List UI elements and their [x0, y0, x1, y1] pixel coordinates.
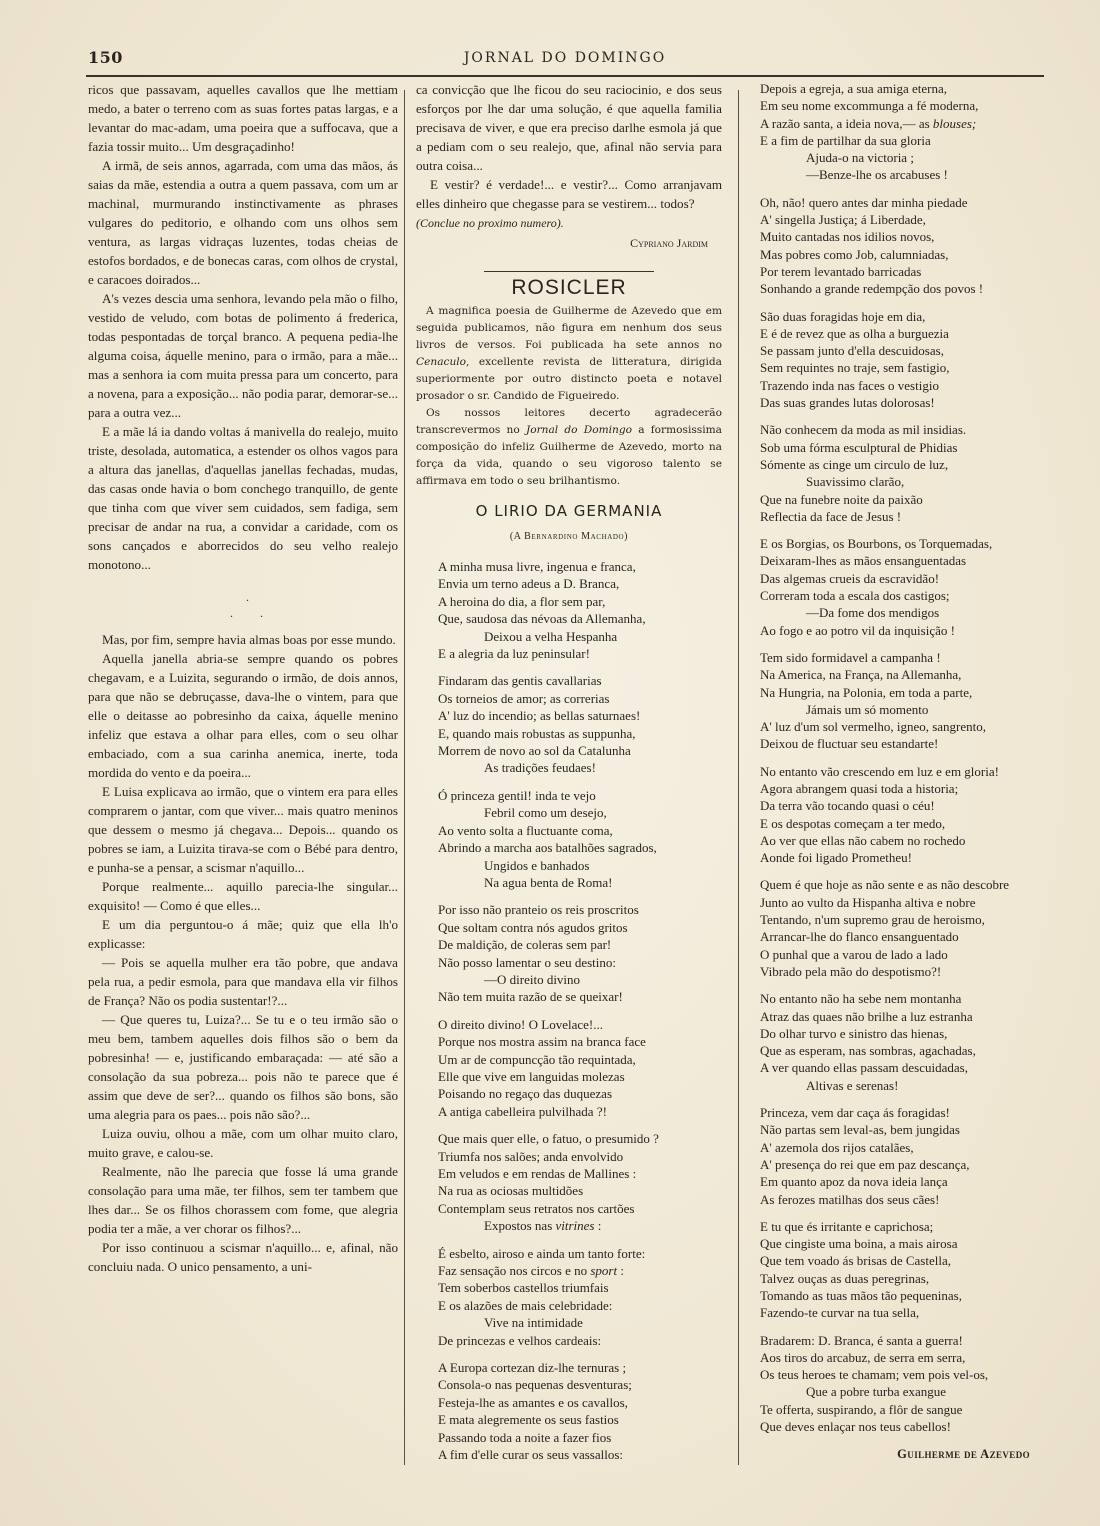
column-right: Depois a egreja, a sua amiga eterna,Em s…: [760, 80, 1050, 1464]
poem-stanza: É esbelto, airoso e ainda um tanto forte…: [416, 1245, 722, 1349]
story-paragraph: E um dia perguntou-o á mãe; quiz que ell…: [88, 915, 398, 953]
poem-line: Ao ver que ellas não cabem no rochedo: [760, 832, 1050, 849]
poem-line: Deixaram-lhes as mãos ensanguentadas: [760, 552, 1050, 569]
story-paragraph: A's vezes descia uma senhora, levando pe…: [88, 289, 398, 422]
poem-title: O LIRIO DA GERMANIA: [416, 502, 722, 521]
poem-line: As ferozes matilhas dos seus cães!: [760, 1191, 1050, 1208]
column-middle: ca convicção que lhe ficou do seu racioc…: [416, 80, 722, 1474]
poem-line: A ver quando ellas passam descuidadas,: [760, 1059, 1050, 1076]
poem-line: Deixou a velha Hespanha: [438, 628, 722, 645]
poem-stanza: Depois a egreja, a sua amiga eterna,Em s…: [760, 80, 1050, 184]
poem-line: Das suas grandes lutas dolorosas!: [760, 394, 1050, 411]
poem-line: Aos tiros do arcabuz, de serra em serra,: [760, 1349, 1050, 1366]
poem-stanzas-right: Depois a egreja, a sua amiga eterna,Em s…: [760, 80, 1050, 1435]
poem-line: Festeja-lhe as amantes e os cavallos,: [438, 1394, 722, 1411]
header-rule: [86, 75, 1044, 77]
poem-line: Oh, não! quero antes dar minha piedade: [760, 194, 1050, 211]
poem-line: Sonhando a grande redempção dos povos !: [760, 280, 1050, 297]
poem-stanza: Não conhecem da moda as mil insidias.Sob…: [760, 421, 1050, 525]
poem-line: Bradarem: D. Branca, é santa a guerra!: [760, 1332, 1050, 1349]
poem-line: Depois a egreja, a sua amiga eterna,: [760, 80, 1050, 97]
poem-stanza: Que mais quer elle, o fatuo, o presumido…: [416, 1130, 722, 1234]
poem-line: Tem sido formidavel a campanha !: [760, 649, 1050, 666]
poem-line: É esbelto, airoso e ainda um tanto forte…: [438, 1245, 722, 1262]
story-paragraph: Realmente, não lhe parecia que fosse lá …: [88, 1162, 398, 1238]
poem-line: Poisando no regaço das duquezas: [438, 1085, 722, 1102]
column-story: ricos que passavam, aquelles cavallos qu…: [88, 80, 398, 1276]
story-paragraph: Por isso continuou a scismar n'aquillo..…: [88, 1238, 398, 1276]
intro-paragraph: Os nossos leitores decerto agradecerão t…: [416, 405, 722, 490]
poem-line: De maldição, de coleras sem par!: [438, 936, 722, 953]
continued-note: (Conclue no proximo numero).: [416, 215, 722, 232]
poem-stanza: No entanto não ha sebe nem montanhaAtraz…: [760, 990, 1050, 1094]
poem-line: A Europa cortezan diz-lhe ternuras ;: [438, 1359, 722, 1376]
poem-line: Findaram das gentis cavallarias: [438, 672, 722, 689]
poem-line: Ungidos e banhados: [438, 857, 722, 874]
poem-line: Correram toda a escala dos castigos;: [760, 587, 1050, 604]
poem-line: E tu que és irritante e caprichosa;: [760, 1218, 1050, 1235]
poem-line: Em quanto apoz da nova ideia lança: [760, 1173, 1050, 1190]
poem-line: E os alazões de mais celebridade:: [438, 1297, 722, 1314]
poem-stanza: E tu que és irritante e caprichosa;Que c…: [760, 1218, 1050, 1322]
poem-line: Das algemas crueis da escravidão!: [760, 570, 1050, 587]
poem-dedication: (A Bernardino Machado): [416, 527, 722, 546]
poem-line: Por isso não pranteio os reis proscritos: [438, 901, 722, 918]
story-paragraph: Luiza ouviu, olhou a mãe, com um olhar m…: [88, 1124, 398, 1162]
poem-line: Na rua as ociosas multidões: [438, 1182, 722, 1199]
poem-line: A' luz do incendio; as bellas saturnaes!: [438, 707, 722, 724]
poem-line: E os despotas começam a ter medo,: [760, 815, 1050, 832]
poem-line: Sem requintes no traje, sem fastigio,: [760, 359, 1050, 376]
poem-line: Ao fogo e ao potro vil da inquisição !: [760, 622, 1050, 639]
poem-line: A minha musa livre, ingenua e franca,: [438, 558, 722, 575]
poem-line: Arrancar-lhe do flanco ensanguentado: [760, 928, 1050, 945]
poem-line: Talvez ouças as duas peregrinas,: [760, 1270, 1050, 1287]
poem-line: —Benze-lhe os arcabuses !: [760, 166, 1050, 183]
poem-line: Por terem levantado barricadas: [760, 263, 1050, 280]
poem-line: Tentando, n'um supremo grau de heroismo,: [760, 911, 1050, 928]
section-separator: [484, 271, 654, 272]
story-paragraph: — Pois se aquella mulher era tão pobre, …: [88, 953, 398, 1010]
poem-line: O punhal que a varou de lado a lado: [760, 946, 1050, 963]
poem-line: —O direito divino: [438, 971, 722, 988]
poem-line: Porque nos mostra assim na branca face: [438, 1033, 722, 1050]
poem-line: Deixou de fluctuar seu estandarte!: [760, 735, 1050, 752]
poem-line: Mas pobres como Job, calumniadas,: [760, 246, 1050, 263]
poem-line: O direito divino! O Lovelace!...: [438, 1016, 722, 1033]
poem-line: Aonde foi ligado Prometheu!: [760, 849, 1050, 866]
poem-line: Altivas e serenas!: [760, 1077, 1050, 1094]
poem-line: Febril como um desejo,: [438, 804, 722, 821]
poem-line: Em veludos e em rendas de Mallines :: [438, 1165, 722, 1182]
column-divider: [738, 90, 739, 1465]
poem-line: E a alegria da luz peninsular!: [438, 645, 722, 662]
poem-stanza: Oh, não! quero antes dar minha piedadeA'…: [760, 194, 1050, 298]
story-paragraph: Mas, por fim, sempre havia almas boas po…: [88, 630, 398, 649]
poem-line: De princezas e velhos cardeais:: [438, 1332, 722, 1349]
poem-line: Jámais um só momento: [760, 701, 1050, 718]
poem-line: Consola-o nas pequenas desventuras;: [438, 1376, 722, 1393]
poem-line: Em seu nome excommunga a fé moderna,: [760, 97, 1050, 114]
poem-line: A heroina do dia, a flor sem par,: [438, 593, 722, 610]
poem-stanza: Bradarem: D. Branca, é santa a guerra!Ao…: [760, 1332, 1050, 1436]
poem-line: Princeza, vem dar caça ás foragidas!: [760, 1104, 1050, 1121]
poem-line: Não conhecem da moda as mil insidias.: [760, 421, 1050, 438]
poem-line: Junto ao vulto da Hispanha altiva e nobr…: [760, 894, 1050, 911]
poem-line: Tomando as tuas mãos tão pequeninas,: [760, 1287, 1050, 1304]
poem-line: Trazendo inda nas faces o vestigio: [760, 377, 1050, 394]
poem-line: Agora abrangem quasi toda a historia;: [760, 780, 1050, 797]
poem-line: Que na funebre noite da paixão: [760, 491, 1050, 508]
story-paragraph: ricos que passavam, aquelles cavallos qu…: [88, 80, 398, 156]
poem-stanza: No entanto vão crescendo em luz e em glo…: [760, 763, 1050, 867]
poem-stanza: Princeza, vem dar caça ás foragidas!Não …: [760, 1104, 1050, 1208]
poem-line: Expostos nas vitrines :: [438, 1217, 722, 1234]
poem-line: Os teus heroes te chamam; vem pois vel-o…: [760, 1366, 1050, 1383]
poem-line: Na Hungria, na Polonia, em toda a parte,: [760, 684, 1050, 701]
poem-line: A' azemola dos rijos catalães,: [760, 1139, 1050, 1156]
poem-line: E os Borgias, os Bourbons, os Torquemada…: [760, 535, 1050, 552]
poem-stanza: Tem sido formidavel a campanha !Na Ameri…: [760, 649, 1050, 753]
poem-line: Que cingiste uma boina, a mais airosa: [760, 1235, 1050, 1252]
poem-line: Do olhar turvo e sinistro das hienas,: [760, 1025, 1050, 1042]
poem-line: Na agua benta de Roma!: [438, 874, 722, 891]
poem-line: As tradições feudaes!: [438, 759, 722, 776]
poem-line: A' singella Justiça; á Liberdade,: [760, 211, 1050, 228]
poem-line: Da terra vão tocando quasi o céu!: [760, 797, 1050, 814]
poem-line: Vive na intimidade: [438, 1314, 722, 1331]
story-part-2: Mas, por fim, sempre havia almas boas po…: [88, 630, 398, 1276]
poem-line: No entanto não ha sebe nem montanha: [760, 990, 1050, 1007]
newspaper-page: 150 JORNAL DO DOMINGO ricos que passavam…: [0, 0, 1100, 1526]
story-paragraph: Aquella janella abria-se sempre quando o…: [88, 649, 398, 782]
poem-line: No entanto vão crescendo em luz e em glo…: [760, 763, 1050, 780]
poem-line: Vibrado pela mão do despotismo?!: [760, 963, 1050, 980]
poem-line: A' presença do rei que em paz descança,: [760, 1156, 1050, 1173]
poem-line: Triumfa nos salões; anda envolvido: [438, 1148, 722, 1165]
poem-line: Sob uma fórma esculptural de Phidias: [760, 439, 1050, 456]
story-paragraph: ca convicção que lhe ficou do seu racioc…: [416, 80, 722, 175]
story-part-1: ricos que passavam, aquelles cavallos qu…: [88, 80, 398, 574]
poem-line: Ajuda-o na victoria ;: [760, 149, 1050, 166]
story-paragraph: E a mãe lá ia dando voltas á manivella d…: [88, 422, 398, 574]
story-paragraph: A irmã, de seis annos, agarrada, com uma…: [88, 156, 398, 289]
poem-line: Na America, na França, na Allemanha,: [760, 666, 1050, 683]
poem-line: Não tem muita razão de se queixar!: [438, 988, 722, 1005]
poem-stanza: Quem é que hoje as não sente e as não de…: [760, 876, 1050, 980]
poem-line: Passando toda a noite a fazer fios: [438, 1429, 722, 1446]
poem-stanza: Findaram das gentis cavallariasOs tornei…: [416, 672, 722, 776]
poem-line: Quem é que hoje as não sente e as não de…: [760, 876, 1050, 893]
column-divider: [404, 90, 405, 1465]
intro-paragraph: A magnifica poesia de Guilherme de Azeve…: [416, 303, 722, 405]
poem-stanza: E os Borgias, os Bourbons, os Torquemada…: [760, 535, 1050, 639]
poem-line: Reflectia da face de Jesus !: [760, 508, 1050, 525]
poem-line: Suavissimo clarão,: [760, 473, 1050, 490]
rosicler-intro: A magnifica poesia de Guilherme de Azeve…: [416, 303, 722, 490]
poem-line: Que a pobre turba exangue: [760, 1383, 1050, 1400]
poem-line: Não partas sem leval-as, bem jungidas: [760, 1121, 1050, 1138]
poem-line: Que soltam contra nós agudos gritos: [438, 919, 722, 936]
poem-line: E, quando mais robustas as suppunha,: [438, 725, 722, 742]
poem-line: E é de revez que as olha a burguezia: [760, 325, 1050, 342]
poem-line: Ó princeza gentil! inda te vejo: [438, 787, 722, 804]
section-title-rosicler: ROSICLER: [416, 278, 722, 297]
poem-line: Se passam junto d'ella descuidosas,: [760, 342, 1050, 359]
poem-line: São duas foragidas hoje em dia,: [760, 308, 1050, 325]
poem-line: Que mais quer elle, o fatuo, o presumido…: [438, 1130, 722, 1147]
poem-stanza: São duas foragidas hoje em dia,E é de re…: [760, 308, 1050, 412]
story-author-signature: Cypriano Jardim: [416, 234, 722, 253]
poem-line: Que, saudosa das névoas da Allemanha,: [438, 610, 722, 627]
poem-stanza: Ó princeza gentil! inda te vejoFebril co…: [416, 787, 722, 891]
section-break-dots: . . .: [88, 574, 398, 630]
poem-line: Os torneios de amor; as correrias: [438, 690, 722, 707]
poem-line: Envia um terno adeus a D. Branca,: [438, 575, 722, 592]
story-conclusion: ca convicção que lhe ficou do seu racioc…: [416, 80, 722, 213]
poem-stanzas-middle: A minha musa livre, ingenua e franca,Env…: [416, 558, 722, 1464]
poem-line: E a fim de partilhar da sua gloria: [760, 132, 1050, 149]
story-paragraph: Porque realmente... aquillo parecia-lhe …: [88, 877, 398, 915]
poem-line: Contemplam seus retratos nos cartões: [438, 1200, 722, 1217]
poem-line: Fazendo-te curvar na tua sella,: [760, 1304, 1050, 1321]
poem-line: Que as esperam, nas sombras, agachadas,: [760, 1042, 1050, 1059]
masthead-title: JORNAL DO DOMINGO: [86, 50, 1044, 66]
poem-line: Atraz das quaes não brilhe a luz estranh…: [760, 1008, 1050, 1025]
poem-line: A fim d'elle curar os seus vassallos:: [438, 1446, 722, 1463]
poem-stanza: A minha musa livre, ingenua e franca,Env…: [416, 558, 722, 662]
poem-line: A razão santa, a ideia nova,— as blouses…: [760, 115, 1050, 132]
poem-line: Que tem voado ás brisas de Castella,: [760, 1252, 1050, 1269]
story-paragraph: E Luisa explicava ao irmão, que o vintem…: [88, 782, 398, 877]
poem-line: Faz sensação nos circos e no sport :: [438, 1262, 722, 1279]
poem-line: —Da fome dos mendigos: [760, 604, 1050, 621]
poem-line: A antiga cabelleira pulvilhada ?!: [438, 1103, 722, 1120]
poem-line: Um ar de compuncção tão requintada,: [438, 1051, 722, 1068]
poem-author-signature: Guilherme de Azevedo: [760, 1445, 1050, 1464]
poem-line: Elle que vive em languidas molezas: [438, 1068, 722, 1085]
poem-stanza: O direito divino! O Lovelace!...Porque n…: [416, 1016, 722, 1120]
story-paragraph: E vestir? é verdade!... e vestir?... Com…: [416, 175, 722, 213]
poem-line: E mata alegremente os seus fastios: [438, 1411, 722, 1428]
poem-stanza: Por isso não pranteio os reis proscritos…: [416, 901, 722, 1005]
story-paragraph: — Que queres tu, Luiza?... Se tu e o teu…: [88, 1010, 398, 1124]
poem-stanza: A Europa cortezan diz-lhe ternuras ;Cons…: [416, 1359, 722, 1463]
poem-line: Te offerta, suspirando, a flôr de sangue: [760, 1401, 1050, 1418]
poem-line: Não posso lamentar o seu destino:: [438, 954, 722, 971]
poem-line: Morrem de novo ao sol da Catalunha: [438, 742, 722, 759]
poem-line: Que deves enlaçar nos teus cabellos!: [760, 1418, 1050, 1435]
poem-line: A' luz d'um sol vermelho, igneo, sangren…: [760, 718, 1050, 735]
poem-line: Sómente as cinge um circulo de luz,: [760, 456, 1050, 473]
poem-line: Abrindo a marcha aos batalhões sagrados,: [438, 839, 722, 856]
poem-line: Muito cantadas nos idilios novos,: [760, 228, 1050, 245]
page-header: 150 JORNAL DO DOMINGO: [86, 48, 1044, 70]
poem-line: Tem soberbos castellos triumfais: [438, 1279, 722, 1296]
poem-line: Ao vento solta a fluctuante coma,: [438, 822, 722, 839]
